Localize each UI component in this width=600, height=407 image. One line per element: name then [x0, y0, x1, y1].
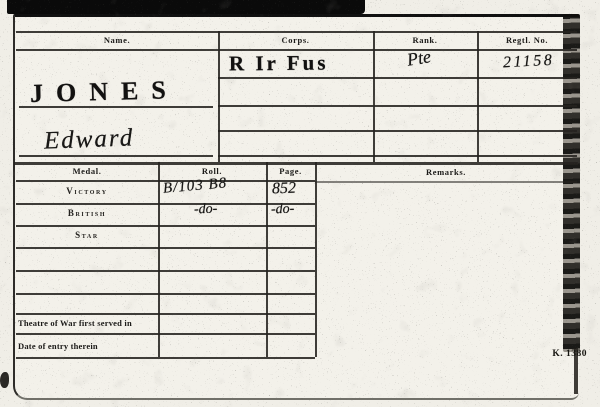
grid-line — [16, 357, 315, 359]
medal-row-british: British — [16, 208, 158, 218]
medal-index-card-scan: Name. Corps. Rank. Regtl. No. JONES Edwa… — [0, 0, 600, 407]
grid-line — [218, 77, 577, 79]
grid-line — [218, 31, 220, 162]
medal-row-victory: Victory — [16, 186, 158, 196]
scan-left-edge-blot — [0, 372, 9, 388]
grid-line — [16, 293, 315, 295]
corps-column-header: Corps. — [218, 35, 373, 45]
scan-black-band — [7, 0, 365, 14]
grid-line — [218, 130, 577, 132]
grid-line — [16, 247, 315, 249]
grid-line — [16, 313, 315, 315]
british-page-entry: -do- — [271, 202, 295, 219]
date-of-entry-label: Date of entry therein — [18, 341, 98, 351]
grid-line — [373, 31, 375, 162]
page-column-header: Page. — [266, 166, 315, 176]
medal-column-header: Medal. — [16, 166, 158, 176]
grid-line — [16, 31, 577, 33]
grid-line — [16, 225, 315, 227]
roll-column-header: Roll. — [158, 166, 266, 176]
name-column-header: Name. — [16, 35, 218, 45]
grid-line — [16, 270, 315, 272]
forename-entry: Edward — [44, 124, 135, 155]
grid-line — [218, 105, 577, 107]
surname-entry: JONES — [30, 75, 180, 109]
grid-line — [16, 333, 315, 335]
theatre-of-war-label: Theatre of War first served in — [18, 318, 132, 328]
grid-line — [158, 162, 160, 357]
rank-column-header: Rank. — [373, 35, 477, 45]
rank-entry: Pte — [406, 46, 433, 70]
corps-entry: R Ir Fus — [229, 51, 329, 77]
scan-right-edge-smudge — [563, 14, 580, 352]
regimental-number-entry: 21158 — [503, 52, 555, 73]
grid-line — [266, 162, 268, 357]
grid-line — [14, 162, 578, 165]
regtl-no-column-header: Regtl. No. — [477, 35, 577, 45]
grid-line — [315, 162, 317, 357]
grid-line — [218, 155, 577, 157]
victory-page-entry: 852 — [272, 180, 297, 199]
grid-line — [477, 31, 479, 162]
grid-line — [315, 181, 577, 183]
remarks-header: Remarks. — [315, 167, 577, 177]
british-roll-entry: -do- — [194, 202, 218, 219]
medal-row-star: Star — [16, 230, 158, 240]
form-number: K. 1380 — [535, 349, 587, 359]
